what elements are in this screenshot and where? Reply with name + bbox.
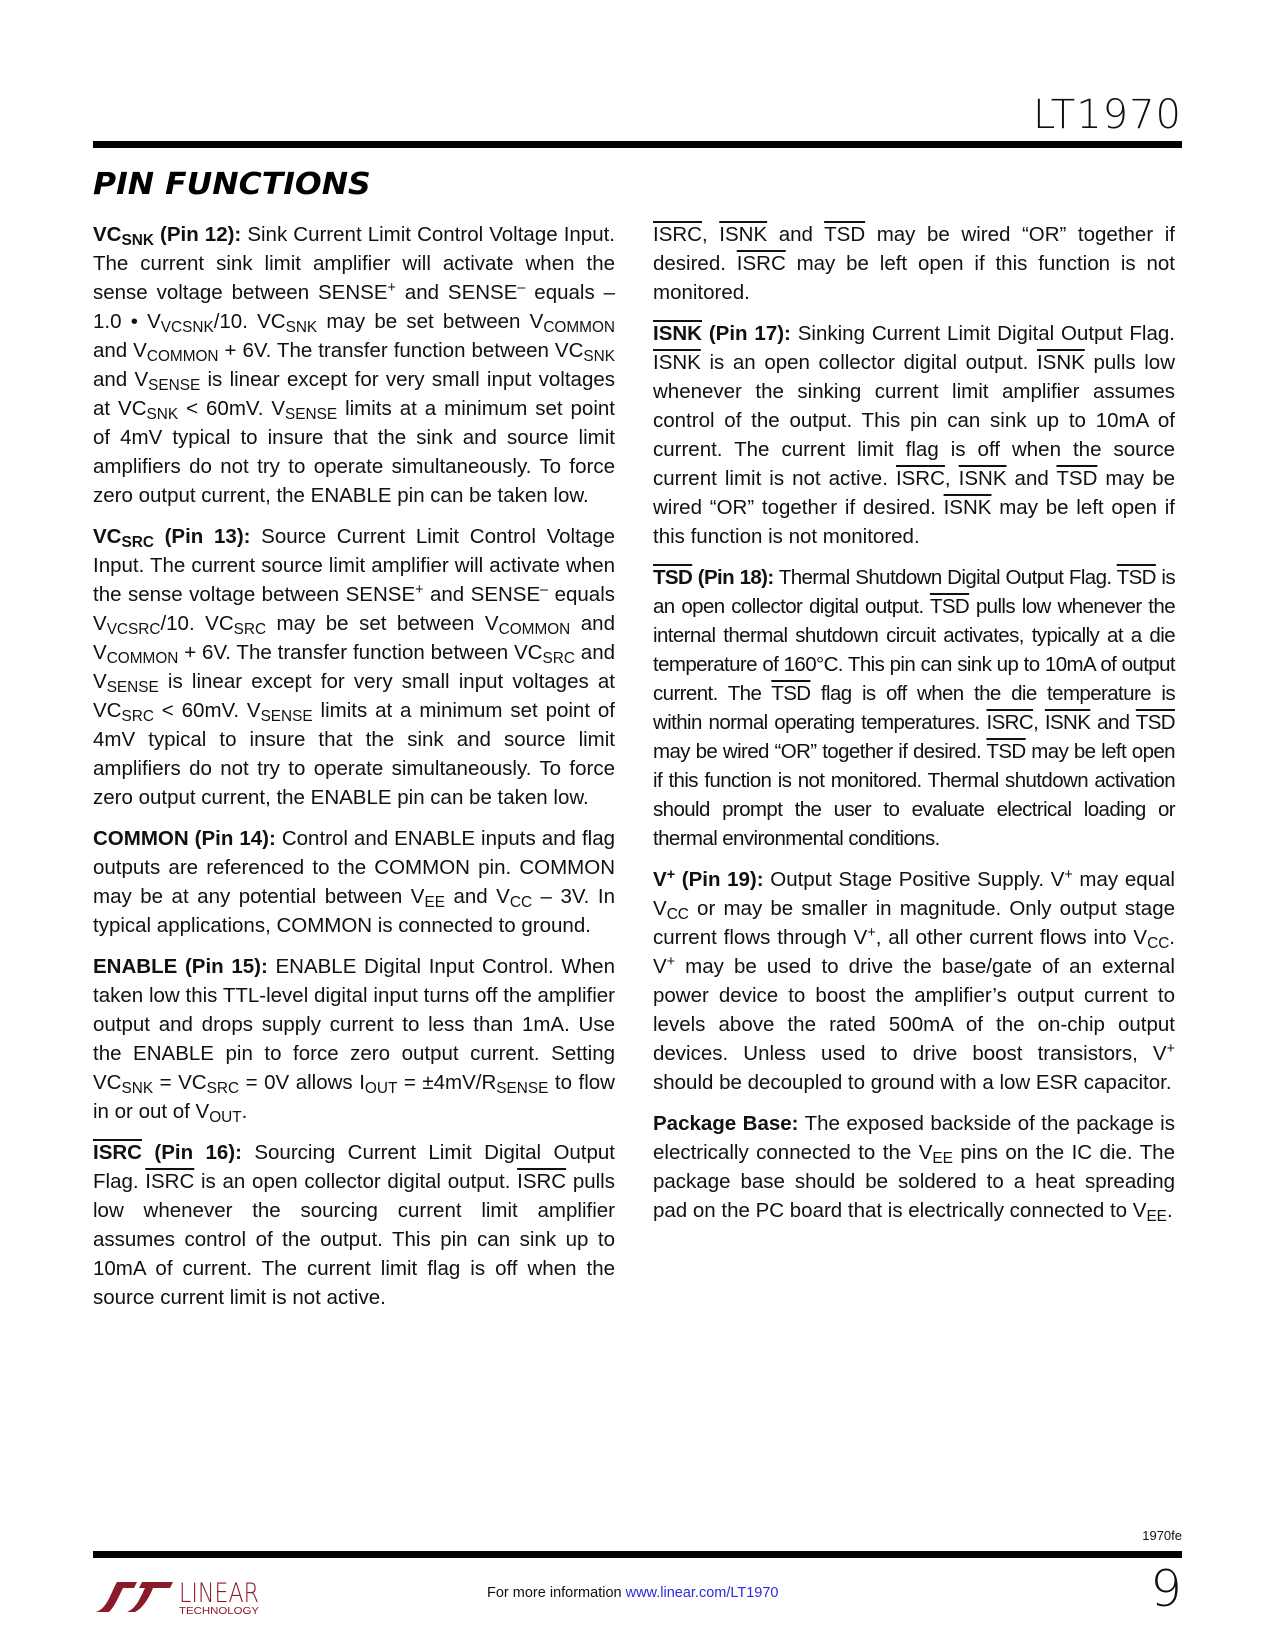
pin-isrc: ISRC (Pin 16): Sourcing Current Limit Di… xyxy=(93,1138,615,1312)
package-base: Package Base: The exposed backside of th… xyxy=(653,1109,1175,1225)
logo-primary-text: LINEAR xyxy=(179,1578,259,1609)
pin-term: VCSRC (Pin 13): xyxy=(93,525,250,548)
right-column: ISRC, ISNK and TSD may be wired “OR” tog… xyxy=(653,220,1175,1237)
footer-info-prefix: For more information xyxy=(487,1585,626,1601)
pin-tsd: TSD (Pin 18): Thermal Shutdown Digital O… xyxy=(653,563,1175,853)
pin-vcsnk: VCSNK (Pin 12): Sink Current Limit Contr… xyxy=(93,220,615,510)
pin-term: ENABLE (Pin 15): xyxy=(93,955,268,978)
pin-term: V+ (Pin 19): xyxy=(653,868,764,891)
pin-term: Package Base: xyxy=(653,1112,799,1135)
pin-isrc-continued: ISRC, ISNK and TSD may be wired “OR” tog… xyxy=(653,220,1175,307)
left-column: VCSNK (Pin 12): Sink Current Limit Contr… xyxy=(93,220,615,1324)
logo-secondary-text: TECHNOLOGY xyxy=(179,1606,259,1617)
pin-common: COMMON (Pin 14): Control and ENABLE inpu… xyxy=(93,824,615,940)
pin-isnk: ISNK (Pin 17): Sinking Current Limit Dig… xyxy=(653,319,1175,551)
part-number: LT1970 xyxy=(1033,92,1182,138)
pin-term: ISNK (Pin 17): xyxy=(653,322,791,345)
footer-rule xyxy=(93,1551,1182,1558)
pin-vplus: V+ (Pin 19): Output Stage Positive Suppl… xyxy=(653,865,1175,1097)
revision-code: 1970fe xyxy=(1142,1528,1182,1543)
product-link[interactable]: www.linear.com/LT1970 xyxy=(626,1585,779,1601)
section-title: Pin Functions xyxy=(93,167,371,202)
pin-term: ISRC (Pin 16): xyxy=(93,1141,242,1164)
footer-info: For more information www.linear.com/LT19… xyxy=(487,1585,778,1601)
pin-enable: ENABLE (Pin 15): ENABLE Digital Input Co… xyxy=(93,952,615,1126)
header-rule xyxy=(93,141,1182,148)
linear-technology-logo: LINEAR TECHNOLOGY xyxy=(93,1572,263,1618)
pin-term: VCSNK (Pin 12): xyxy=(93,223,241,246)
pin-term: TSD (Pin 18): xyxy=(653,566,774,589)
pin-term: COMMON (Pin 14): xyxy=(93,827,276,850)
page-number: 9 xyxy=(1150,1560,1182,1618)
pin-vcsrc: VCSRC (Pin 13): Source Current Limit Con… xyxy=(93,522,615,812)
